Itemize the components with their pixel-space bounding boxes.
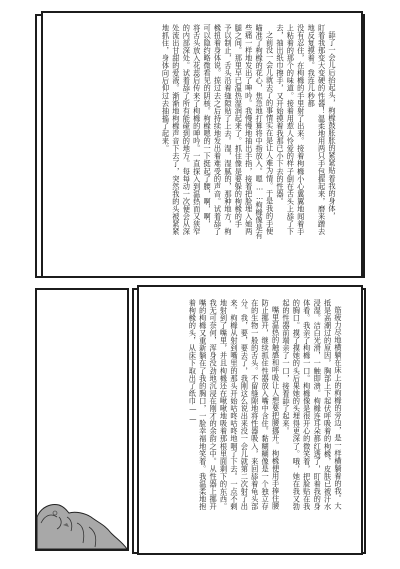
bottom-panel-text: 筋疲力尽地横躺在床上的枸橼的旁边，是一样横躺着的我。大抵是高潮过的原因，胸部上下… [187, 299, 343, 531]
text-column: 起的性器前端亲了一口，接着舔了起来。 [281, 299, 291, 531]
text-column: 腿之间。那里早已温热湿润起来了。抓住像是要躲的枸橼的手 [233, 24, 243, 264]
text-column: 没有忍住，在枸橼的手里射了出来。接着枸橼小心翼翼地闻着手 [295, 24, 305, 264]
text-column: 予以制止，舌头沿着缝隙贴了上去。湿，湿腻的，那种地方，枸 [223, 24, 233, 264]
text-column: 着枸橼的头，从床下取出了纸巾—— [187, 299, 197, 531]
text-column: 的胸口。摸了摸她的头后果她的头埋得更深了。哦，她在我又勃 [291, 299, 301, 531]
text-column: 嘴的枸橼又重新躺在了我的胸口，一脸幸福地笑着。我温柔地抱 [197, 299, 207, 531]
text-column: 在的生物一般的舌头。不留缝隙地将性器吸入，来回舔着龟头部 [249, 299, 259, 531]
text-column: 地射到了嘴里，并且枸橼还在啾啾地吸着那根里面剩下的东西。 [218, 299, 228, 531]
text-column: 上粘着的那个的味道。接着用惹人怜爱的样子倒在舌头上舔了下 [285, 24, 295, 264]
text-column: 我无可奈何，浑身没劲地沉浸在刚才的余韵之中。从性器上挪开 [208, 299, 218, 531]
text-column: 浸湿。洁白光滑，一触即溃。枸橼连耳朵都红透了，盯着我的身 [312, 299, 322, 531]
text-column: 抵是高潮过的原因，胸部上下起伏呼吸着的枸橼，皮肤已被汗水 [322, 299, 332, 531]
text-column: 来。枸橼从射到嘴里的那头开始咕咚咕咚地咽了下去。一点不剩 [229, 299, 239, 531]
text-column: 体看。我亲了枸橼一口。枸橼像是很开心的微笑着，把脸贴在我 [301, 299, 311, 531]
text-column: 些痛一样地发出了呻吟。我慢慢地抽出手指，接着把脸埋入她两 [243, 24, 253, 264]
text-column: 橼扭着身体说。掠过去之后持续地发出着难受的声音。试着舔了 [212, 24, 222, 264]
text-column: 将舌头放入花蕊后传来了枸橼的呻吟。一直探入到温热而又狭窄 [191, 24, 201, 264]
text-column: 瞄准了枸橼的花心，焦急地打算将中指放入。嗯……枸橼像是有 [254, 24, 264, 264]
sleeping-character-illustration [37, 503, 127, 549]
text-column: 防止挪开，继续抓住性器放入嘴中含住。黏糊糊像是一个独立存 [260, 299, 270, 531]
text-column: 盯着我那变大变硬的性器！温柔地用两只手包握起来，磨来蹭去 [316, 24, 326, 264]
top-panel-text: 舔了一会儿后抬起头，枸橼鼓胀胀的紧紧贴着我的身体，盯着我那变大变硬的性器！温柔地… [160, 24, 337, 264]
text-column: 地反复摸着。我连儿秒都 [306, 24, 316, 264]
text-column: 之前没一会儿就去了的事情实在是让人难为情。于是我的手便 [264, 24, 274, 264]
text-column: 嘴里温热的触感和呼吸让人想要把腰挪开。枸橼便用手捧住腰 [270, 299, 280, 531]
text-column: 地抓住，身体向后仰过去抽搐了起来。 [160, 24, 170, 264]
text-column: 舔了一会儿后抬起头，枸橼鼓胀胀的紧紧贴着我的身体， [327, 24, 337, 264]
text-column: 处流出甘甜的爱液。渐渐地枸橼声音下去了，突然我的头被紧紧 [171, 24, 181, 264]
text-column: 筋疲力尽地横躺在床上的枸橼的旁边，是一样横躺着的我。大 [333, 299, 343, 531]
text-column: 去，抽出纸巾擦手，又开始摸着我那已小下去的性器。 [275, 24, 285, 264]
text-column: 的内部深处。试着舔了所有能碰到的地方。每每动一次便会从深 [181, 24, 191, 264]
top-text-panel: 舔了一会儿后抬起头，枸橼鼓胀胀的紧紧贴着我的身体，盯着我那变大变硬的性器！温柔地… [41, 11, 363, 278]
illustration-panel [35, 288, 129, 551]
bottom-text-panel: 筋疲力尽地横躺在床上的枸橼的旁边，是一样横躺着的我。大抵是高潮过的原因，胸部上下… [137, 285, 363, 555]
text-column: 分。我，要，要去了，我刚这么说出来没一会儿就第二次射了出 [239, 299, 249, 531]
text-column: 可以隐约略微看见的阴核。枸橼嗯的一下挺起了腰，啊，啊， [202, 24, 212, 264]
